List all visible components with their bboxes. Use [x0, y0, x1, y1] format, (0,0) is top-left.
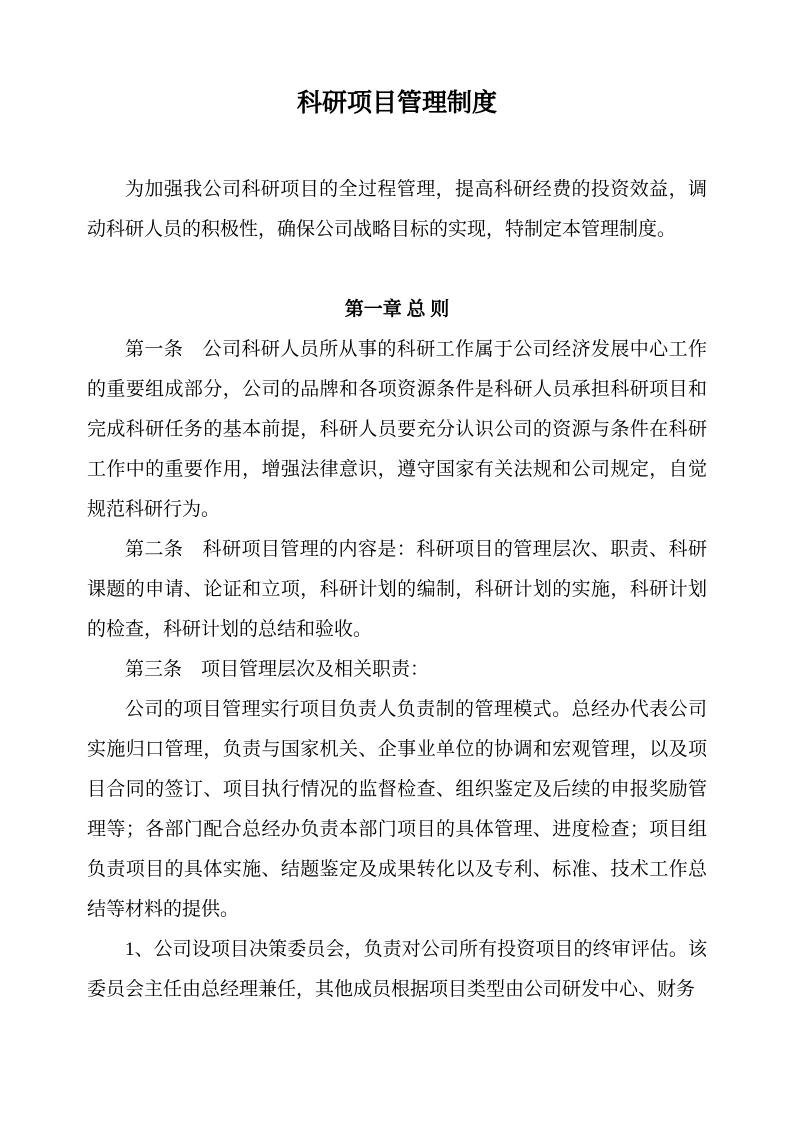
article-3-detail-paragraph: 公司的项目管理实行项目负责人负责制的管理模式。总经办代表公司实施归口管理，负责与… [87, 690, 707, 930]
chapter-1-heading: 第一章 总 则 [87, 290, 707, 330]
article-1-paragraph: 第一条 公司科研人员所从事的科研工作属于公司经济发展中心工作的重要组成部分，公司… [87, 330, 707, 530]
document-page: 科研项目管理制度 为加强我公司科研项目的全过程管理，提高科研经费的投资效益，调动… [0, 0, 793, 1122]
article-3-paragraph: 第三条 项目管理层次及相关职责： [87, 650, 707, 690]
article-3-item-1-paragraph: 1、公司设项目决策委员会，负责对公司所有投资项目的终审评估。该委员会主任由总经理… [87, 930, 707, 1010]
article-2-paragraph: 第二条 科研项目管理的内容是：科研项目的管理层次、职责、科研课题的申请、论证和立… [87, 530, 707, 650]
intro-paragraph: 为加强我公司科研项目的全过程管理，提高科研经费的投资效益，调动科研人员的积极性，… [87, 170, 707, 250]
document-content: 科研项目管理制度 为加强我公司科研项目的全过程管理，提高科研经费的投资效益，调动… [0, 0, 793, 1010]
document-title: 科研项目管理制度 [87, 0, 707, 118]
